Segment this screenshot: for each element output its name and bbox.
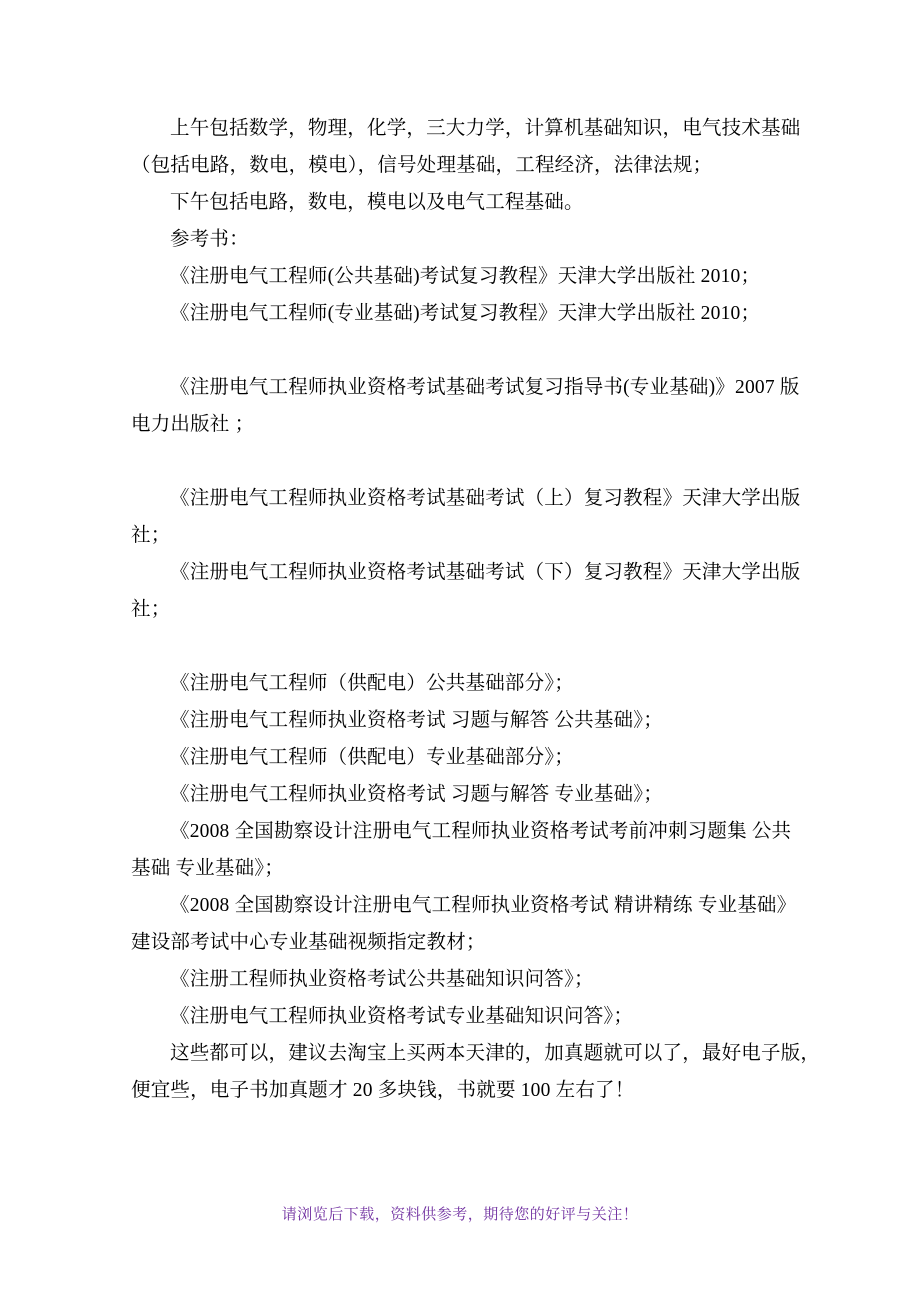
paragraph: 《2008 全国勘察设计注册电气工程师执业资格考试考前冲刺习题集 公共 基础 专… xyxy=(131,813,860,887)
blank-line xyxy=(131,443,860,480)
paragraph: 《注册电气工程师执业资格考试基础考试（下）复习教程》天津大学出版 社； xyxy=(131,554,860,628)
paragraph: 《注册电气工程师执业资格考试基础考试（上）复习教程》天津大学出版 社； xyxy=(131,480,860,554)
paragraph: 《注册电气工程师执业资格考试 习题与解答 公共基础》； xyxy=(131,702,860,739)
paragraph: 《注册电气工程师(专业基础)考试复习教程》天津大学出版社 2010； xyxy=(131,295,860,332)
paragraph: 参考书： xyxy=(131,221,860,258)
page-footer: 请浏览后下载，资料供参考，期待您的好评与关注！ xyxy=(0,1203,920,1227)
paragraph: 下午包括电路，数电，模电以及电气工程基础。 xyxy=(131,184,860,221)
paragraph: 《注册工程师执业资格考试公共基础知识问答》； xyxy=(131,961,860,998)
footer-note: 请浏览后下载，资料供参考，期待您的好评与关注！ xyxy=(282,1207,639,1223)
paragraph: 《注册电气工程师执业资格考试基础考试复习指导书(专业基础)》2007 版 电力出… xyxy=(131,369,860,443)
paragraph: 《注册电气工程师（供配电）公共基础部分》； xyxy=(131,665,860,702)
paragraph: 《注册电气工程师执业资格考试 习题与解答 专业基础》； xyxy=(131,776,860,813)
paragraph: 《2008 全国勘察设计注册电气工程师执业资格考试 精讲精练 专业基础》 建设部… xyxy=(131,887,860,961)
paragraph: 《注册电气工程师（供配电）专业基础部分》； xyxy=(131,739,860,776)
paragraph: 这些都可以，建议去淘宝上买两本天津的，加真题就可以了，最好电子版， 便宜些，电子… xyxy=(131,1035,860,1109)
paragraph: 上午包括数学，物理，化学，三大力学，计算机基础知识，电气技术基础 （包括电路，数… xyxy=(131,110,860,184)
document-body: 上午包括数学，物理，化学，三大力学，计算机基础知识，电气技术基础 （包括电路，数… xyxy=(131,110,860,1109)
paragraph: 《注册电气工程师(公共基础)考试复习教程》天津大学出版社 2010； xyxy=(131,258,860,295)
paragraph: 《注册电气工程师执业资格考试专业基础知识问答》； xyxy=(131,998,860,1035)
blank-line xyxy=(131,332,860,369)
blank-line xyxy=(131,628,860,665)
document-page: 上午包括数学，物理，化学，三大力学，计算机基础知识，电气技术基础 （包括电路，数… xyxy=(0,0,920,1302)
